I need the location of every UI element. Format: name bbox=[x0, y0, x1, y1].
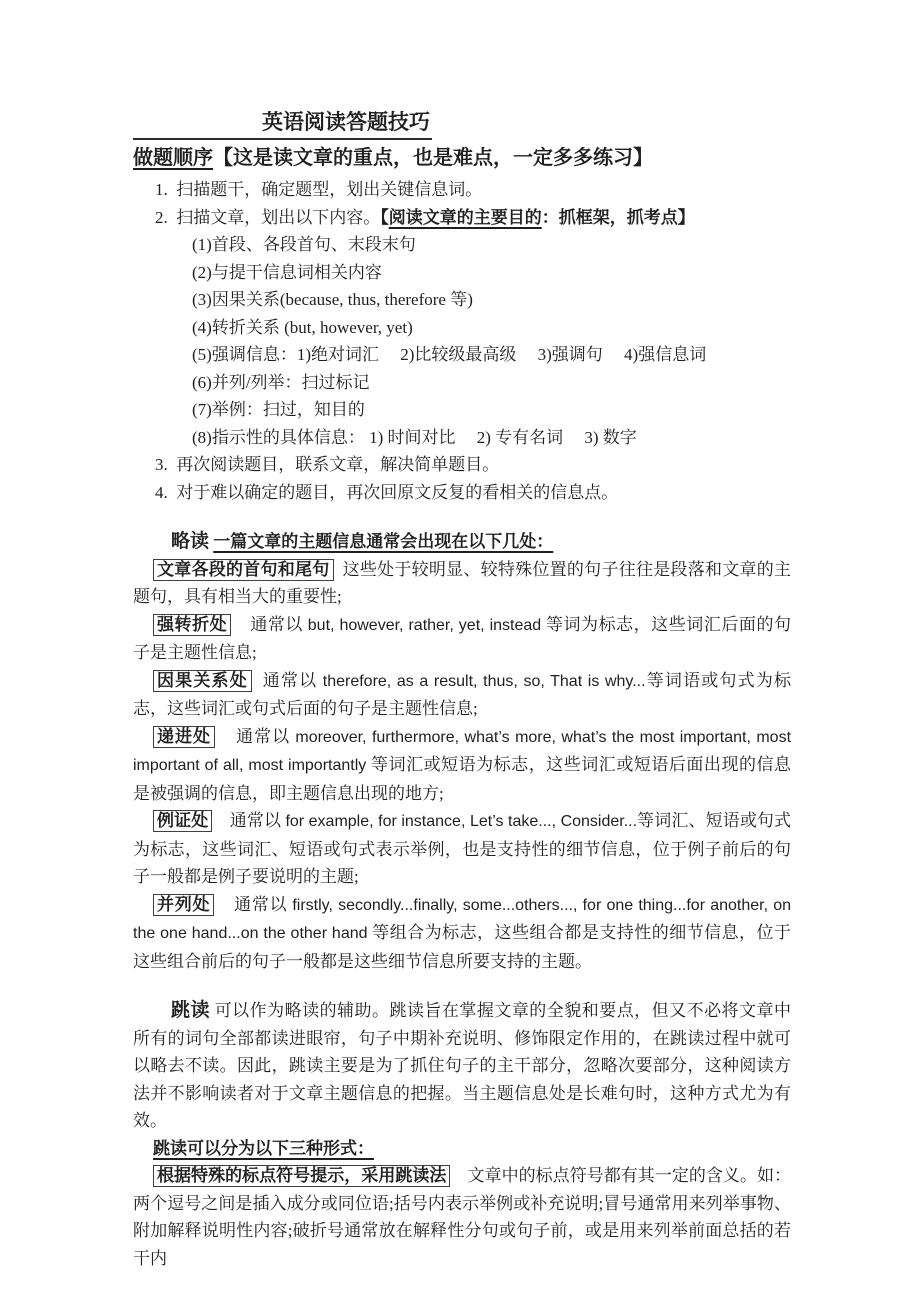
text-segment: (7)举例：扫过，知目的 bbox=[192, 400, 365, 419]
document-page: 英语阅读答题技巧 做题顺序【这是读文章的重点，也是难点，一定多多练习】1. 扫描… bbox=[0, 0, 920, 1302]
boxed-label: 文章各段的首句和尾句 bbox=[153, 559, 334, 581]
point-4: (4)转折关系 (but, however, yet) bbox=[133, 314, 791, 342]
text-segment: 1. 扫描题干，确定题型，划出关键信息词。 bbox=[155, 180, 482, 199]
heading-text: 做题顺序 bbox=[133, 147, 213, 169]
scan-forms-heading: 跳读可以分为以下三种形式： bbox=[133, 1135, 791, 1163]
step-2: 2. 扫描文章，划出以下内容。【阅读文章的主要目的：抓框架，抓考点】 bbox=[133, 204, 791, 232]
point-7: (7)举例：扫过，知目的 bbox=[133, 396, 791, 424]
english-markers: but, however, rather, yet, instead bbox=[308, 617, 541, 634]
text-segment: (5)强调信息：1)绝对词汇 2)比较级最高级 3)强调句 4)强信息词 bbox=[192, 345, 706, 364]
skim-heading: 略读 一篇文章的主题信息通常会出现在以下几处： bbox=[133, 528, 791, 556]
step-1: 1. 扫描题干，确定题型，划出关键信息词。 bbox=[133, 176, 791, 204]
title-blank-underline bbox=[133, 132, 260, 140]
text-segment: 4. 对于难以确定的题目，再次回原文反复的看相关的信息点。 bbox=[155, 483, 618, 502]
document-body: 做题顺序【这是读文章的重点，也是难点，一定多多练习】1. 扫描题干，确定题型，划… bbox=[133, 143, 791, 1272]
text-segment: 通常以 bbox=[215, 727, 295, 746]
text-segment: (3)因果关系(because, thus, therefore 等) bbox=[192, 290, 473, 309]
point-5: (5)强调信息：1)绝对词汇 2)比较级最高级 3)强调句 4)强信息词 bbox=[133, 341, 791, 369]
scan-punctuation-method: 根据特殊的标点符号提示，采用跳读法 文章中的标点符号都有其一定的含义。如：两个逗… bbox=[133, 1162, 791, 1272]
doc-title-line: 英语阅读答题技巧 bbox=[133, 104, 791, 140]
heading-text: 跳读 bbox=[171, 1000, 210, 1021]
text-segment: 通常以 bbox=[214, 895, 292, 914]
text-segment: (6)并列/列举：扫过标记 bbox=[192, 373, 370, 392]
point-2: (2)与提干信息词相关内容 bbox=[133, 259, 791, 287]
boxed-label: 根据特殊的标点符号提示，采用跳读法 bbox=[153, 1165, 450, 1187]
text-segment: 通常以 bbox=[231, 615, 308, 634]
skim-example: 例证处 通常以 for example, for instance, Let’s… bbox=[133, 807, 791, 891]
boxed-label: 并列处 bbox=[153, 894, 214, 916]
skim-progression: 递进处 通常以 moreover, furthermore, what’s mo… bbox=[133, 723, 791, 808]
heading-note: 一篇文章的主题信息通常会出现在以下几处： bbox=[213, 532, 553, 551]
text-segment: (2)与提干信息词相关内容 bbox=[192, 263, 382, 282]
heading-text: 略读 bbox=[171, 531, 209, 552]
page-title: 英语阅读答题技巧 bbox=[260, 109, 432, 140]
point-3: (3)因果关系(because, thus, therefore 等) bbox=[133, 286, 791, 314]
document-content: 英语阅读答题技巧 做题顺序【这是读文章的重点，也是难点，一定多多练习】1. 扫描… bbox=[133, 104, 791, 1272]
step-3: 3. 再次阅读题目，联系文章，解决简单题目。 bbox=[133, 451, 791, 479]
point-6: (6)并列/列举：扫过标记 bbox=[133, 369, 791, 397]
text-segment: 通常以 bbox=[252, 671, 323, 690]
text-segment: ：抓框架，抓考点】 bbox=[542, 208, 695, 227]
step-4: 4. 对于难以确定的题目，再次回原文反复的看相关的信息点。 bbox=[133, 479, 791, 507]
boxed-label: 递进处 bbox=[153, 726, 215, 748]
order-heading: 做题顺序【这是读文章的重点，也是难点，一定多多练习】 bbox=[133, 143, 791, 174]
text-segment: (1)首段、各段首句、末段末句 bbox=[192, 235, 416, 254]
point-1: (1)首段、各段首句、末段末句 bbox=[133, 231, 791, 259]
boxed-label: 强转折处 bbox=[153, 614, 231, 636]
point-8: (8)指示性的具体信息： 1) 时间对比 2) 专有名词 3) 数字 bbox=[133, 424, 791, 452]
boxed-label: 例证处 bbox=[153, 810, 212, 832]
skim-first-last-sentence: 文章各段的首句和尾句 这些处于较明显、较特殊位置的句子往往是段落和文章的主题句，… bbox=[133, 556, 791, 611]
text-segment: 3. 再次阅读题目，联系文章，解决简单题目。 bbox=[155, 455, 499, 474]
section-gap-2 bbox=[133, 975, 791, 997]
section-gap-1 bbox=[133, 506, 791, 528]
text-segment: 2. 扫描文章，划出以下内容。 bbox=[155, 208, 380, 227]
skim-strong-transition: 强转折处 通常以 but, however, rather, yet, inst… bbox=[133, 611, 791, 667]
boxed-label: 因果关系处 bbox=[153, 670, 252, 692]
text-segment: 【 bbox=[380, 208, 389, 227]
text-segment: 可以作为略读的辅助。跳读旨在掌握文章的全貌和要点，但又不必将文章中所有的词句全部… bbox=[133, 1001, 791, 1130]
heading-text: 跳读可以分为以下三种形式： bbox=[153, 1139, 374, 1158]
text-segment: 通常以 bbox=[212, 811, 285, 830]
text-segment: (8)指示性的具体信息： 1) 时间对比 2) 专有名词 3) 数字 bbox=[192, 428, 637, 447]
english-markers: therefore, as a result, thus, so, That i… bbox=[323, 673, 646, 690]
skim-cause-effect: 因果关系处 通常以 therefore, as a result, thus, … bbox=[133, 667, 791, 723]
english-markers: for example, for instance, Let’s take...… bbox=[285, 813, 637, 830]
skim-parallel: 并列处 通常以 firstly, secondly...finally, som… bbox=[133, 891, 791, 976]
text-segment: (4)转折关系 (but, however, yet) bbox=[192, 318, 413, 337]
text-segment: 阅读文章的主要目的 bbox=[389, 208, 542, 227]
heading-note: 【这是读文章的重点，也是难点，一定多多练习】 bbox=[213, 147, 653, 169]
scan-intro: 跳读 可以作为略读的辅助。跳读旨在掌握文章的全貌和要点，但又不必将文章中所有的词… bbox=[133, 997, 791, 1135]
